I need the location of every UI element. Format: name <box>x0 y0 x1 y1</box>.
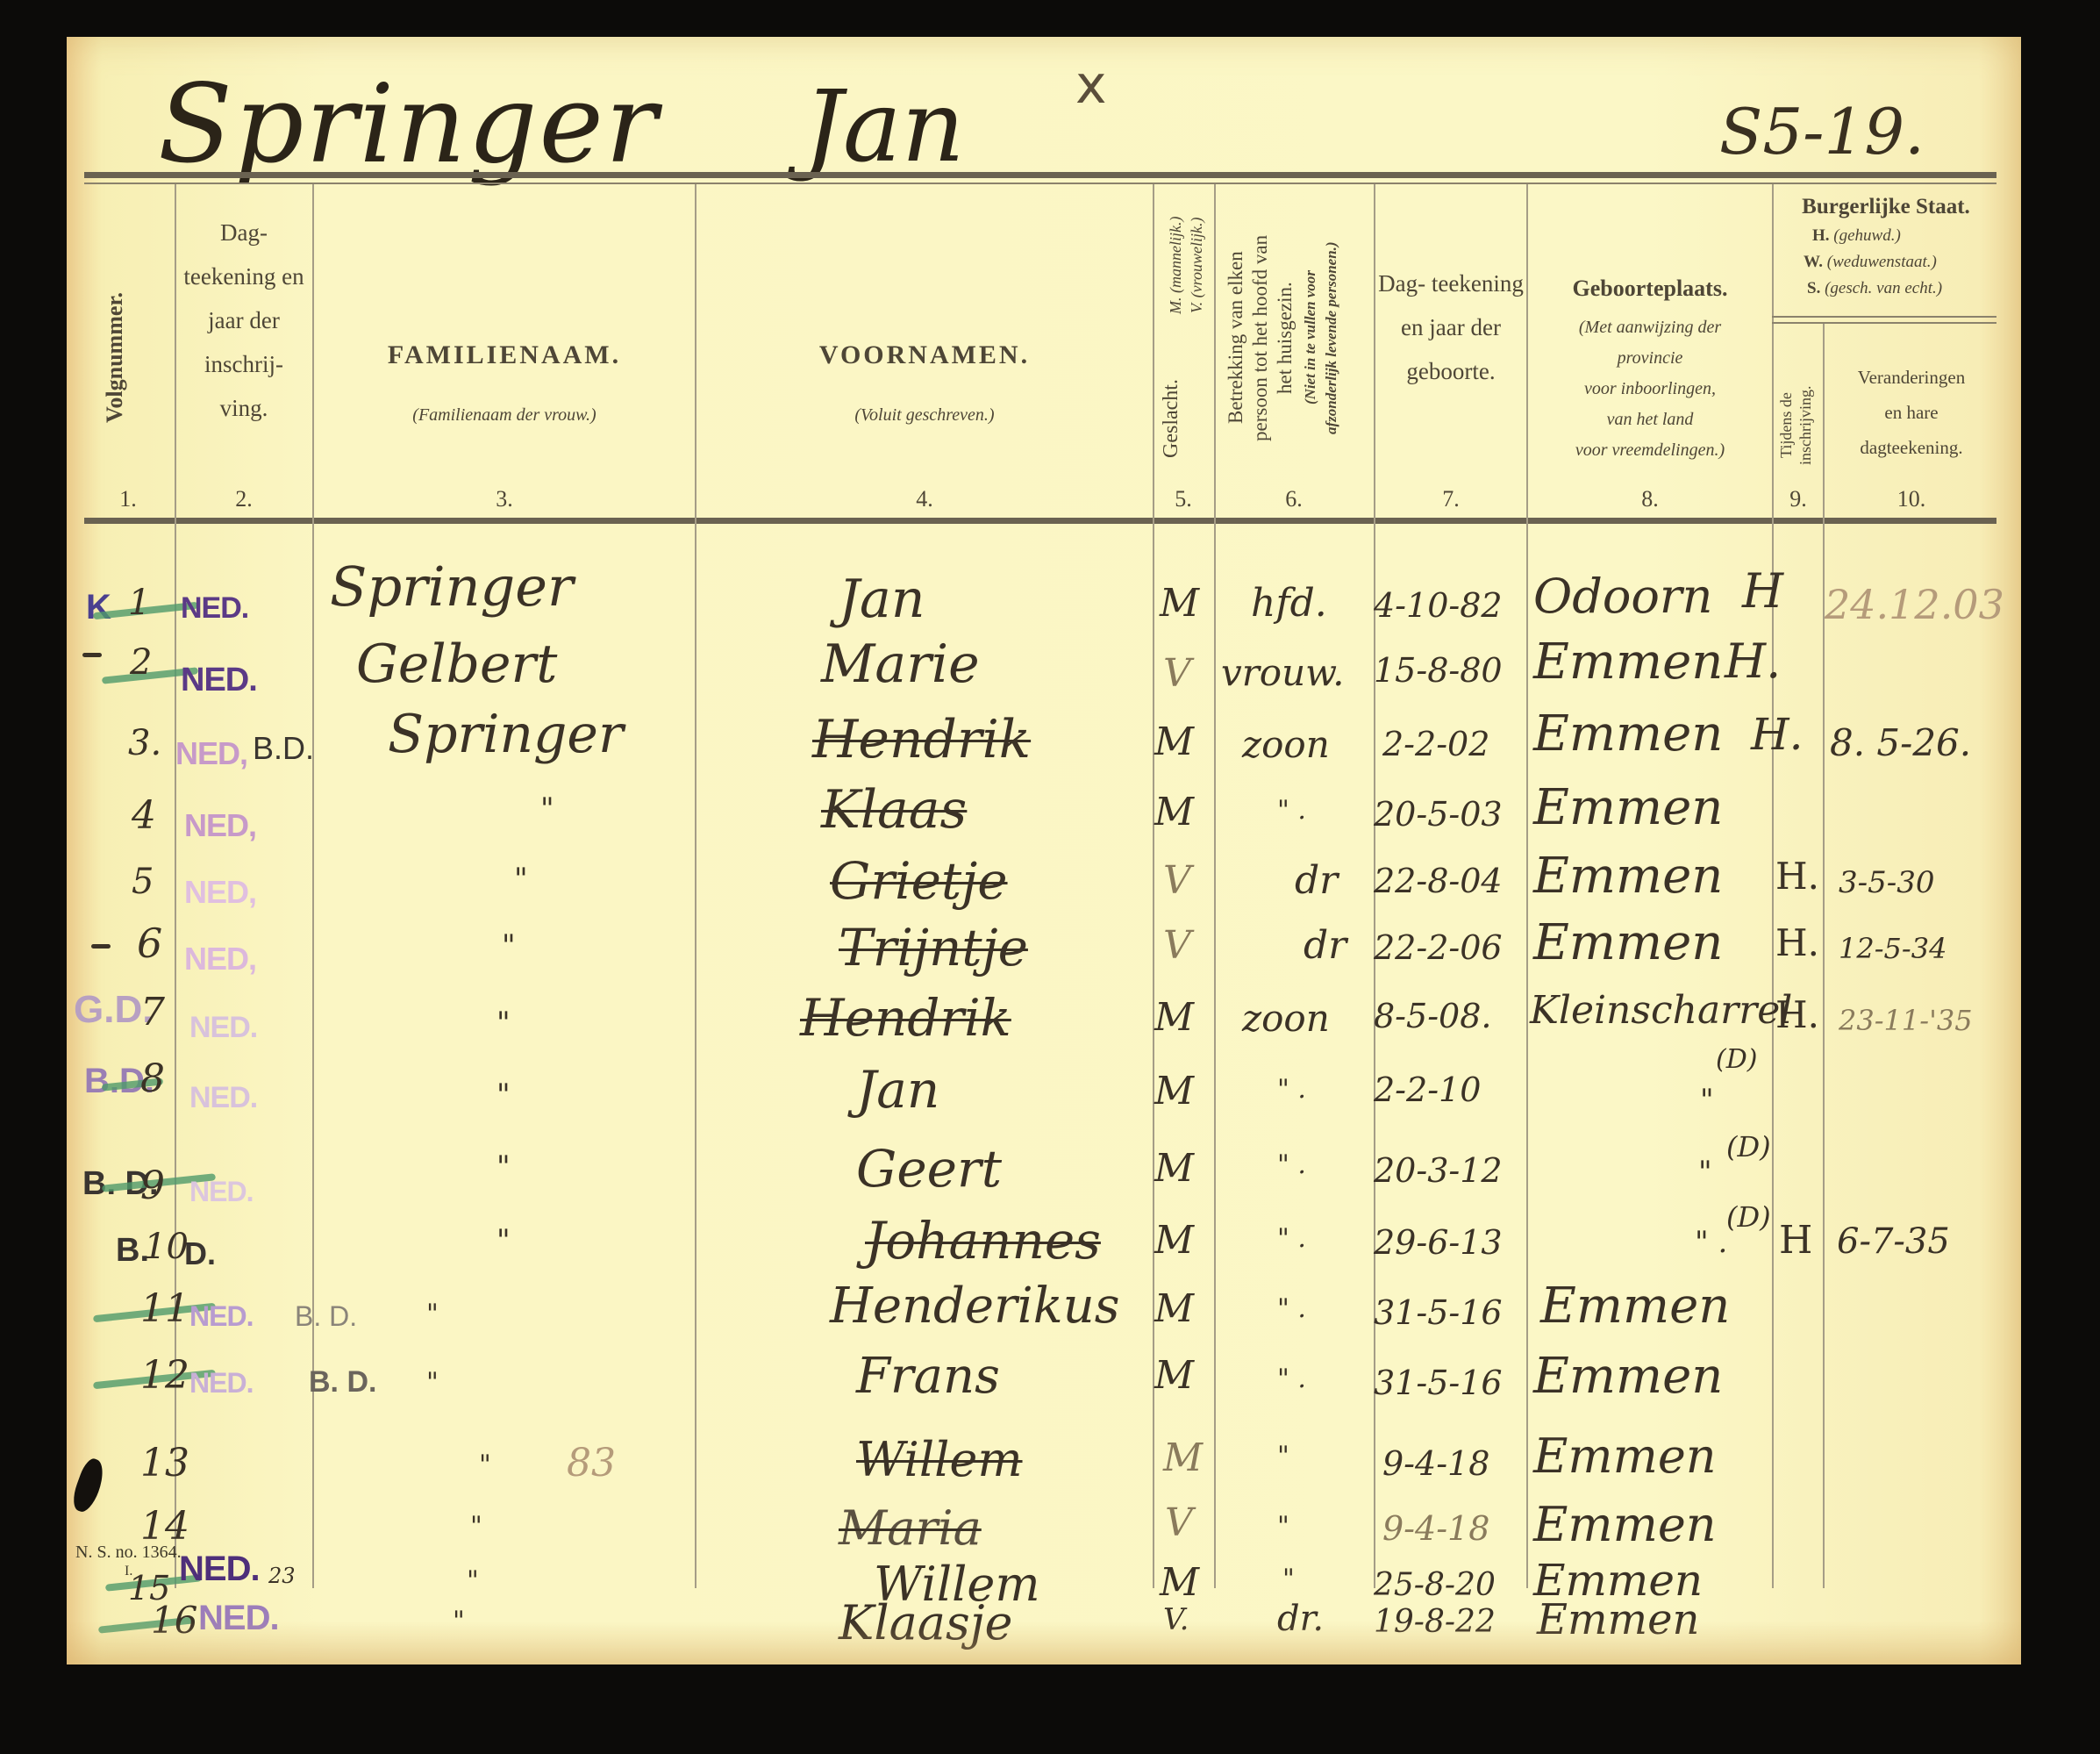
header-geslacht-m: M. (mannelijk.) <box>1167 190 1184 340</box>
row-birth-date: 9-4-18 <box>1382 1509 1489 1548</box>
nationality-stamp: NED. <box>189 1176 253 1208</box>
row-birthplace: Emmen <box>1533 1497 1717 1552</box>
row-birth-date: 20-5-03 <box>1374 795 1503 834</box>
nationality-stamp: NED. <box>179 1550 260 1589</box>
stamp-annotation: 23 <box>268 1564 296 1588</box>
header-veranderingen-1: Veranderingen <box>1826 367 1996 389</box>
row-relation: " . <box>1277 1364 1306 1394</box>
row-surname: " <box>426 1299 439 1329</box>
row-surname-note: 83 <box>567 1441 616 1486</box>
row-changes: 6-7-35 <box>1837 1221 1950 1262</box>
row-sex: V <box>1165 1500 1193 1545</box>
row-sex: V <box>1163 858 1191 903</box>
row-birth-date: 25-8-20 <box>1374 1567 1496 1603</box>
legend-gescheiden: S. (gesch. van echt.) <box>1807 279 1996 298</box>
row-sex: M <box>1154 1069 1194 1113</box>
row-surname: Springer <box>330 555 574 619</box>
nationality-stamp: NED, <box>184 941 256 977</box>
col-number-8: 8. <box>1530 486 1770 512</box>
col-number-4: 4. <box>698 486 1151 512</box>
row-surname: " <box>470 1511 482 1542</box>
row-relation: hfd. <box>1251 581 1327 626</box>
row-number: 10 <box>144 1227 189 1267</box>
nationality-stamp: NED. <box>189 1367 253 1400</box>
row-surname: " <box>496 1077 511 1113</box>
col-number-2: 2. <box>179 486 309 512</box>
header-betrekking-sub-1: (Niet in te vullen voor <box>1302 193 1321 483</box>
row-birth-date: 31-5-16 <box>1374 1364 1503 1402</box>
col-number-6: 6. <box>1216 486 1372 512</box>
card-reference: S5-19. <box>1719 95 1925 168</box>
row-civil-status: H. <box>1725 634 1781 689</box>
row-birthplace: " . <box>1695 1225 1727 1260</box>
row-civil-status: H <box>1779 1218 1812 1263</box>
row-relation: vrouw. <box>1221 651 1344 694</box>
row-changes: 23-11-'35 <box>1839 1004 1973 1037</box>
header-geboorteplaats-sub-3: voor inboorlingen, <box>1530 379 1770 399</box>
row-surname: " <box>496 1149 511 1185</box>
dash-mark <box>91 944 111 949</box>
row-relation: " <box>1277 1441 1289 1471</box>
row-civil-status: H. <box>1775 993 1819 1036</box>
legend-weduwenstaat: W. (weduwenstaat.) <box>1804 253 1992 272</box>
row-number: 13 <box>140 1441 189 1486</box>
row-changes: 8. 5-26. <box>1830 721 1971 764</box>
row-surname: " <box>479 1450 491 1480</box>
row-birth-date: 2-2-10 <box>1374 1070 1481 1109</box>
legend-s-desc: (gesch. van echt.) <box>1825 279 1942 297</box>
row-relation: dr <box>1295 858 1338 903</box>
row-surname: Springer <box>388 704 624 765</box>
row-birthplace: Emmen <box>1533 779 1723 836</box>
row-birth-date: 22-2-06 <box>1374 928 1503 967</box>
row-given-names: Geert <box>856 1139 1002 1199</box>
row-birthplace: Emmen <box>1533 1428 1717 1484</box>
header-betrekking-1: Betrekking van elken <box>1225 193 1247 483</box>
row-number: 4 <box>132 793 156 838</box>
row-sex: M <box>1160 581 1199 626</box>
header-veranderingen-2: en hare <box>1826 402 1996 424</box>
row-sex: M <box>1154 1146 1194 1191</box>
row-given-names: Willem <box>856 1432 1023 1487</box>
header-bottom-rule <box>84 518 1996 524</box>
row-surname: " <box>502 928 516 963</box>
row-birth-date: 22-8-04 <box>1374 862 1503 900</box>
col-divider-3 <box>695 184 696 1588</box>
row-birthplace: Emmen <box>1533 634 1723 691</box>
row-birthplace-note: (D) <box>1716 1044 1757 1075</box>
legend-w-desc: (weduwenstaat.) <box>1827 253 1937 271</box>
row-given-names: Maria <box>839 1500 982 1556</box>
header-geboorteplaats-sub-2: provincie <box>1530 348 1770 369</box>
nationality-stamp: NED. <box>181 591 248 626</box>
row-number: 16 <box>151 1599 197 1642</box>
row-given-names: Jan <box>839 569 925 630</box>
row-left-mark: K <box>86 588 111 627</box>
row-civil-status: H. <box>1775 921 1819 964</box>
row-sex: M <box>1154 1218 1194 1263</box>
row-birth-date: 8-5-08. <box>1374 997 1491 1035</box>
row-birthplace: " <box>1700 1083 1714 1118</box>
legend-gehuwd: H. (gehuwd.) <box>1812 226 1988 246</box>
row-relation: " . <box>1277 1149 1306 1180</box>
header-betrekking-2: persoon tot het hoofd van <box>1249 193 1272 483</box>
nationality-stamp: NED, <box>184 874 256 911</box>
row-number: 2 <box>130 642 152 683</box>
legend-h-code: H. <box>1812 226 1830 245</box>
row-sex: V <box>1163 923 1191 968</box>
col-number-10: 10. <box>1826 486 1996 512</box>
legend-w-code: W. <box>1804 253 1823 271</box>
header-betrekking-sub-2: afzonderlijk levende personen.) <box>1323 193 1342 483</box>
row-sex: M <box>1160 1560 1199 1605</box>
register-card: Springer Jan x S5-19. Volgnummer. 1. Dag… <box>67 37 2021 1665</box>
row-civil-status: H <box>1742 563 1783 619</box>
bd-stamp: B. D. <box>309 1365 376 1400</box>
header-burgerlijke-staat: Burgerlijke Staat. <box>1775 195 1996 219</box>
row-relation: " <box>1282 1564 1295 1594</box>
row-birth-date: 20-3-12 <box>1374 1151 1503 1190</box>
header-geboortedatum: Dag- teekening en jaar der geboorte. <box>1377 261 1525 393</box>
card-surname: Springer <box>158 61 659 188</box>
row-sex: V <box>1163 651 1191 696</box>
row-birth-date: 29-6-13 <box>1374 1223 1503 1262</box>
row-number: 5 <box>132 862 154 902</box>
nationality-stamp: NED. <box>189 1300 253 1333</box>
row-given-names: Klaasje <box>839 1595 1012 1650</box>
row-birthplace: Emmen <box>1540 1278 1730 1335</box>
legend-h-desc: (gehuwd.) <box>1833 226 1901 245</box>
row-given-names: Frans <box>856 1348 1000 1405</box>
header-geslacht: Geslacht. <box>1160 353 1182 484</box>
row-number: 8 <box>140 1056 165 1101</box>
header-geboorteplaats-sub-1: (Met aanwijzing der <box>1530 318 1770 338</box>
legend-s-code: S. <box>1807 279 1820 297</box>
card-given-name: Jan <box>804 70 965 184</box>
row-number: 3. <box>128 723 161 763</box>
header-geboorteplaats: Geboorteplaats. <box>1530 276 1770 302</box>
col-divider-8 <box>1772 184 1774 1588</box>
row-surname: " <box>426 1367 439 1398</box>
row-given-names: Grietje <box>830 851 1008 911</box>
header-tijdens-1: Tijdens de <box>1777 369 1795 483</box>
row-changes: 12-5-34 <box>1839 932 1946 965</box>
row-surname: " <box>496 1223 511 1258</box>
header-geslacht-v: V. (vrouwelijk.) <box>1188 190 1205 340</box>
row-number: 9 <box>140 1163 165 1208</box>
row-changes: 24.12.03 <box>1825 581 2004 628</box>
row-birth-date: 15-8-80 <box>1374 651 1503 690</box>
col-divider-7 <box>1526 184 1528 1588</box>
dash-mark <box>82 653 102 657</box>
row-given-names: Trijntje <box>839 918 1028 977</box>
row-given-names: Hendrik <box>800 988 1011 1048</box>
row-number: 6 <box>137 920 162 967</box>
row-number: 7 <box>140 990 165 1035</box>
row-birthplace: Emmen <box>1533 705 1723 762</box>
row-birthplace: " <box>1698 1155 1712 1190</box>
row-relation: dr <box>1304 923 1346 968</box>
row-sex: M <box>1163 1435 1203 1480</box>
nationality-stamp: D. <box>184 1235 216 1272</box>
row-birth-date: 31-5-16 <box>1374 1293 1503 1332</box>
row-surname: " <box>514 862 528 897</box>
row-civil-status: H. <box>1751 709 1804 760</box>
header-geboorteplaats-sub-5: voor vreemdelingen.) <box>1530 440 1770 461</box>
header-veranderingen-3: dagteekening. <box>1826 437 1996 459</box>
row-birth-date: 9-4-18 <box>1382 1444 1489 1483</box>
row-number: 1 <box>128 583 150 623</box>
row-sex: M <box>1154 1286 1194 1331</box>
row-birthplace: Emmen <box>1533 1348 1723 1405</box>
row-relation: " . <box>1277 1223 1306 1254</box>
row-given-names: Henderikus <box>830 1278 1119 1335</box>
row-birthplace: Odoorn <box>1533 569 1712 624</box>
header-tijdens-2: inschrijving. <box>1796 369 1814 483</box>
row-sex: M <box>1154 719 1194 764</box>
burgerlijke-staat-rule-2 <box>1772 322 1996 324</box>
form-number: N. S. no. 1364. <box>75 1543 182 1563</box>
row-relation: " <box>1277 1511 1289 1542</box>
row-changes: 3-5-30 <box>1839 865 1935 900</box>
bd-stamp: B.D. <box>253 730 314 767</box>
header-top-rule-thin <box>84 183 1996 184</box>
header-familienaam: FAMILIENAAM. <box>316 340 693 370</box>
row-number: 12 <box>140 1353 189 1398</box>
row-given-names: Jan <box>856 1060 939 1120</box>
header-volgnummer: Volgnummer. <box>102 256 137 458</box>
nationality-stamp: NED. <box>181 662 257 699</box>
header-voornamen: VOORNAMEN. <box>698 340 1151 370</box>
row-birthplace-note: (D) <box>1726 1130 1771 1163</box>
row-sex: M <box>1154 995 1194 1040</box>
row-birthplace: Emmen <box>1533 914 1723 971</box>
row-birthplace: Kleinscharrel <box>1530 988 1792 1033</box>
header-geboorteplaats-sub-4: van het land <box>1530 410 1770 430</box>
row-relation: " . <box>1277 1074 1306 1105</box>
col-number-3: 3. <box>316 486 693 512</box>
row-number: 11 <box>140 1286 189 1331</box>
burgerlijke-staat-rule <box>1772 316 1996 318</box>
row-given-names: Hendrik <box>812 709 1031 770</box>
header-top-rule <box>84 172 1996 178</box>
row-relation: zoon <box>1242 997 1330 1040</box>
row-given-names: Johannes <box>865 1211 1101 1271</box>
row-surname: " <box>467 1565 479 1596</box>
col-number-7: 7. <box>1377 486 1525 512</box>
col-number-5: 5. <box>1154 486 1212 512</box>
row-relation: dr. <box>1277 1599 1324 1639</box>
row-relation: zoon <box>1242 723 1330 766</box>
corner-mark: x <box>1075 54 1107 116</box>
col-divider-5 <box>1214 184 1216 1588</box>
row-birth-date: 19-8-22 <box>1374 1604 1496 1640</box>
row-birthplace-note: (D) <box>1726 1200 1771 1234</box>
header-voornamen-sub: (Voluit geschreven.) <box>698 405 1151 426</box>
header-inschrijving: Dag- teekening en jaar der inschrij- vin… <box>179 211 309 430</box>
bd-stamp: B. D. <box>295 1300 357 1333</box>
row-birthplace: Emmen <box>1533 848 1723 905</box>
header-familienaam-sub: (Familienaam der vrouw.) <box>316 405 693 426</box>
row-surname: " <box>540 791 554 827</box>
row-sex: V. <box>1163 1602 1189 1637</box>
row-birth-date: 2-2-02 <box>1382 725 1489 763</box>
nationality-stamp: NED. <box>189 1081 257 1115</box>
row-relation: " . <box>1277 1293 1306 1324</box>
row-given-names: Marie <box>821 634 980 695</box>
row-given-names: Klaas <box>821 779 967 841</box>
row-birthplace: Emmen <box>1537 1595 1699 1644</box>
header-betrekking-3: het huisgezin. <box>1274 193 1296 483</box>
row-civil-status: H. <box>1775 855 1819 898</box>
nationality-stamp: NED, <box>184 807 256 844</box>
row-sex: M <box>1154 1353 1194 1398</box>
row-sex: M <box>1154 790 1194 834</box>
row-birth-date: 4-10-82 <box>1374 586 1503 625</box>
row-surname: " <box>496 1006 511 1041</box>
row-surname: " <box>453 1606 465 1636</box>
nationality-stamp: NED. <box>189 1011 257 1045</box>
ink-blot <box>68 1456 109 1514</box>
row-surname: Gelbert <box>356 634 557 695</box>
nationality-stamp: NED, <box>175 735 247 772</box>
col-divider-9 <box>1823 322 1825 1588</box>
col-number-9: 9. <box>1774 486 1823 512</box>
col-number-1: 1. <box>84 486 172 512</box>
nationality-stamp: NED. <box>198 1599 279 1638</box>
row-relation: " . <box>1277 795 1306 826</box>
